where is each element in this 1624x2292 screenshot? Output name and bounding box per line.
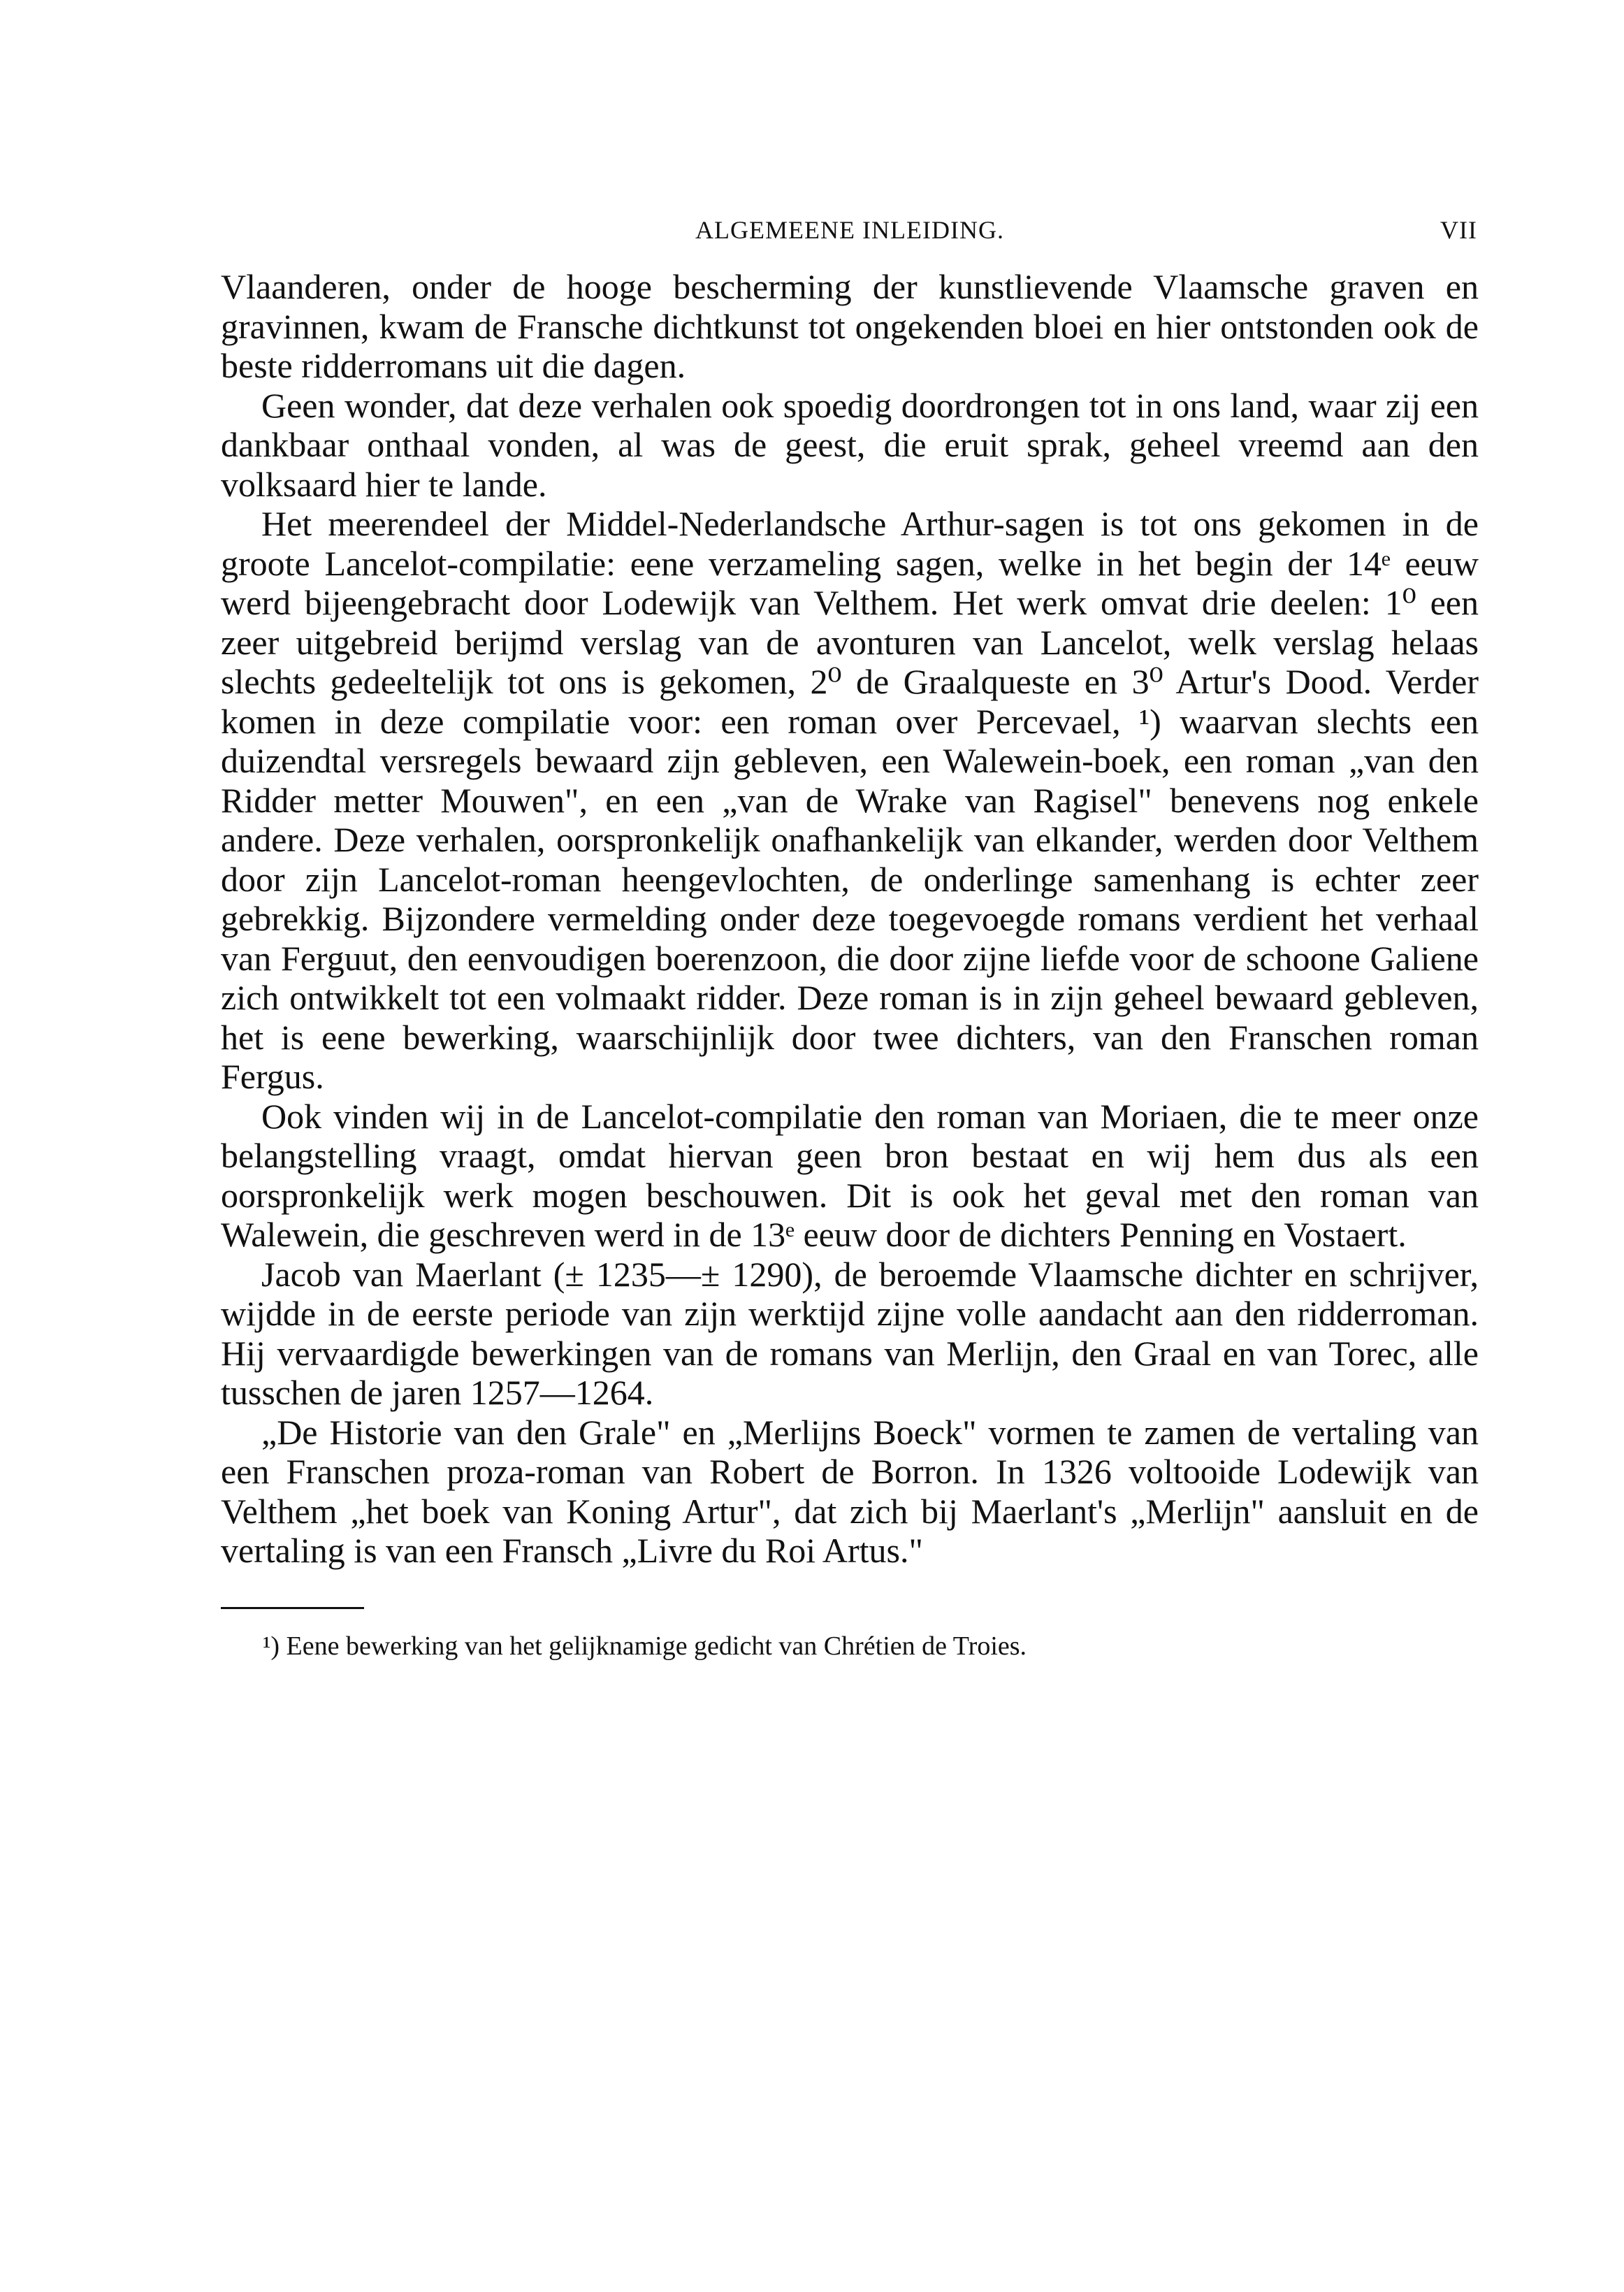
footnote-marker: ¹): [263, 1631, 280, 1661]
body-text: Vlaanderen, onder de hooge bescherming d…: [221, 267, 1479, 1571]
footnote: ¹) Eene bewerking van het gelijknamige g…: [221, 1630, 1479, 1662]
paragraph: Geen wonder, dat deze verhalen ook spoed…: [221, 386, 1479, 505]
footnote-divider: [221, 1607, 364, 1609]
running-title: ALGEMEENE INLEIDING.: [221, 215, 1479, 245]
footnote-text: Eene bewerking van het gelijknamige gedi…: [287, 1631, 1027, 1661]
paragraph: Het meerendeel der Middel-Nederlandsche …: [221, 504, 1479, 1097]
paragraph: Vlaanderen, onder de hooge bescherming d…: [221, 267, 1479, 386]
book-page: ALGEMEENE INLEIDING. VII Vlaanderen, ond…: [221, 210, 1479, 1662]
running-header: ALGEMEENE INLEIDING. VII: [221, 210, 1479, 252]
paragraph: Ook vinden wij in de Lancelot-compilatie…: [221, 1097, 1479, 1255]
paragraph: Jacob van Maerlant (± 1235—± 1290), de b…: [221, 1255, 1479, 1413]
paragraph: „De Historie van den Grale" en „Merlijns…: [221, 1413, 1479, 1571]
page-number: VII: [1440, 215, 1477, 245]
